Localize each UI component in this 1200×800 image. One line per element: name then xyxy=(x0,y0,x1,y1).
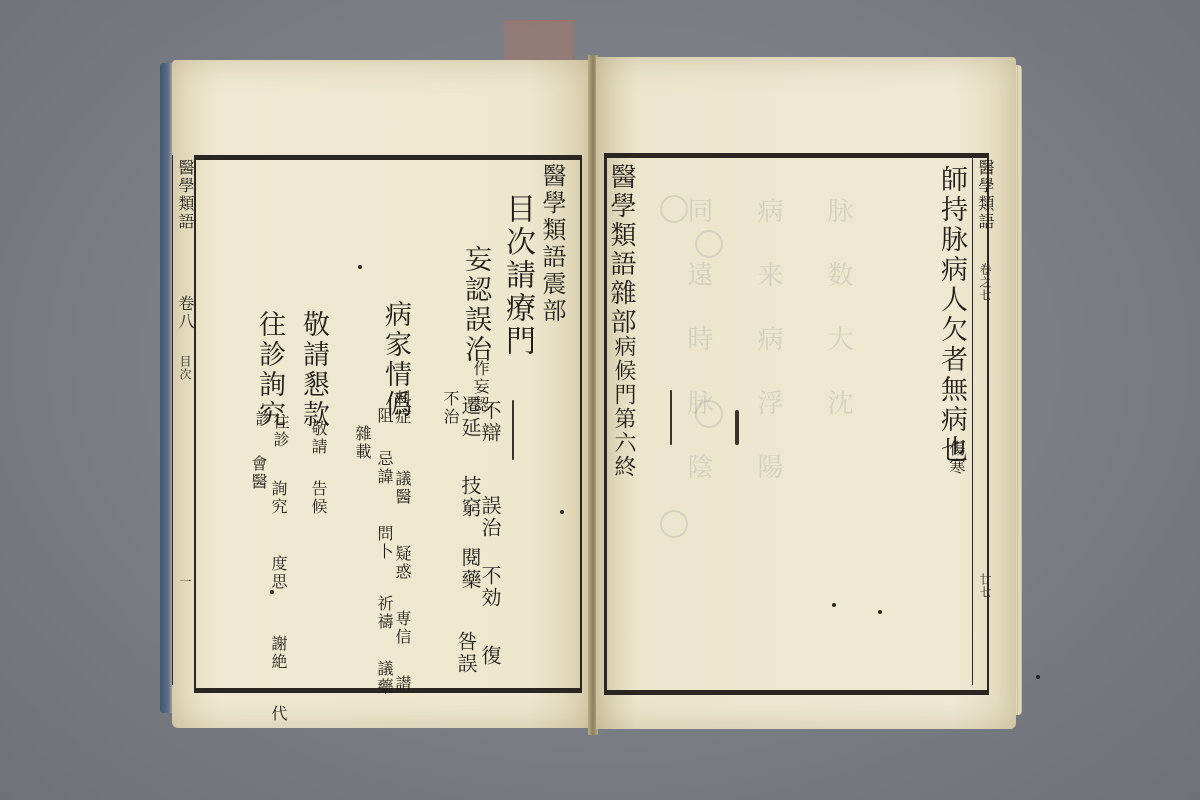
entry-note: 不治 xyxy=(442,390,458,426)
entry-note: 議醫 xyxy=(394,470,410,506)
show-through-circle xyxy=(695,230,723,258)
show-through-text: 病 来 病 浮 陽 xyxy=(750,165,787,485)
show-through-circle xyxy=(660,195,688,223)
ink-spot xyxy=(358,265,362,269)
right-header-suffix: 病候門第六終 xyxy=(612,335,634,479)
entry-note: 不辯 xyxy=(480,400,500,444)
entry-main-1: 妄認誤治 xyxy=(462,245,489,365)
entry-note: 誤治 xyxy=(480,495,500,539)
show-through-circle xyxy=(660,510,688,538)
left-margin-section: 目次 xyxy=(179,355,191,381)
worm-damage xyxy=(735,410,739,445)
open-book: 醫學類語 卷八 目次 一 醫學類語震部 目次請療門 妄認誤治 作妄認 不治 遷延… xyxy=(160,55,1022,735)
entry-note: 代 xyxy=(270,705,286,723)
entry-note: 閱藥 xyxy=(460,547,480,591)
entry-note: 遷延 xyxy=(460,395,480,439)
entry-note: 不効 xyxy=(480,565,500,609)
left-margin-title: 醫學類語 xyxy=(177,159,193,231)
worm-damage xyxy=(512,400,514,460)
entry-note: 疑惑 xyxy=(394,545,410,581)
show-through-text: 脉 数 大 沈 xyxy=(820,165,857,421)
right-page-frame xyxy=(604,153,989,695)
ink-spot xyxy=(878,610,882,614)
ink-spot xyxy=(1036,675,1040,679)
entry-note: 譛 xyxy=(394,675,410,693)
left-margin-volume: 卷八 xyxy=(177,295,193,331)
entry-note: 復 xyxy=(480,645,500,667)
ink-spot xyxy=(270,590,274,594)
entry-note: 往診 xyxy=(272,413,288,449)
worm-damage xyxy=(670,390,672,445)
show-through-circle xyxy=(695,400,723,428)
entry-note: 會醫 xyxy=(250,455,266,491)
left-subheader: 目次請療門 xyxy=(502,193,532,358)
right-last-column-note: 傷寒 xyxy=(948,440,964,476)
entry-note: 祈禱 xyxy=(376,595,392,631)
entry-note: 料症 xyxy=(394,390,410,426)
right-last-column: 師持脉病人欠者無病也 xyxy=(938,165,965,465)
entry-note: 技窮 xyxy=(460,475,480,519)
ink-spot xyxy=(560,510,564,514)
entry-note: 議藥 xyxy=(376,660,392,696)
entry-note: 詢究 xyxy=(270,480,286,516)
entry-note: 咎誤 xyxy=(456,631,476,675)
entry-note: 忌諱 xyxy=(376,450,392,486)
right-margin-volume: 卷之七 xyxy=(979,263,991,302)
entry-note: 専信 xyxy=(394,610,410,646)
right-header: 醫學類語雜部 xyxy=(608,163,634,337)
entry-main-3: 敬請懇款 xyxy=(300,310,327,430)
left-margin-page-number: 一 xyxy=(179,575,191,588)
ink-spot xyxy=(832,603,836,607)
entry-note: 度思 xyxy=(270,555,286,591)
right-margin-page-number: 廿七 xyxy=(979,573,991,599)
right-page-margin: 醫學類語 卷之七 廿七 xyxy=(972,153,997,685)
entry-note: 敬請 xyxy=(310,420,326,456)
entry-note: 診 xyxy=(254,410,270,428)
entry-note: 問卜 xyxy=(376,525,392,561)
right-margin-title: 醫學類語 xyxy=(977,159,993,231)
entry-note: 告候 xyxy=(310,480,326,516)
entry-note: 阻 xyxy=(376,407,392,425)
entry-note: 雜載 xyxy=(354,425,370,461)
entry-note: 謝絶 xyxy=(270,635,286,671)
left-header: 醫學類語震部 xyxy=(540,163,564,325)
